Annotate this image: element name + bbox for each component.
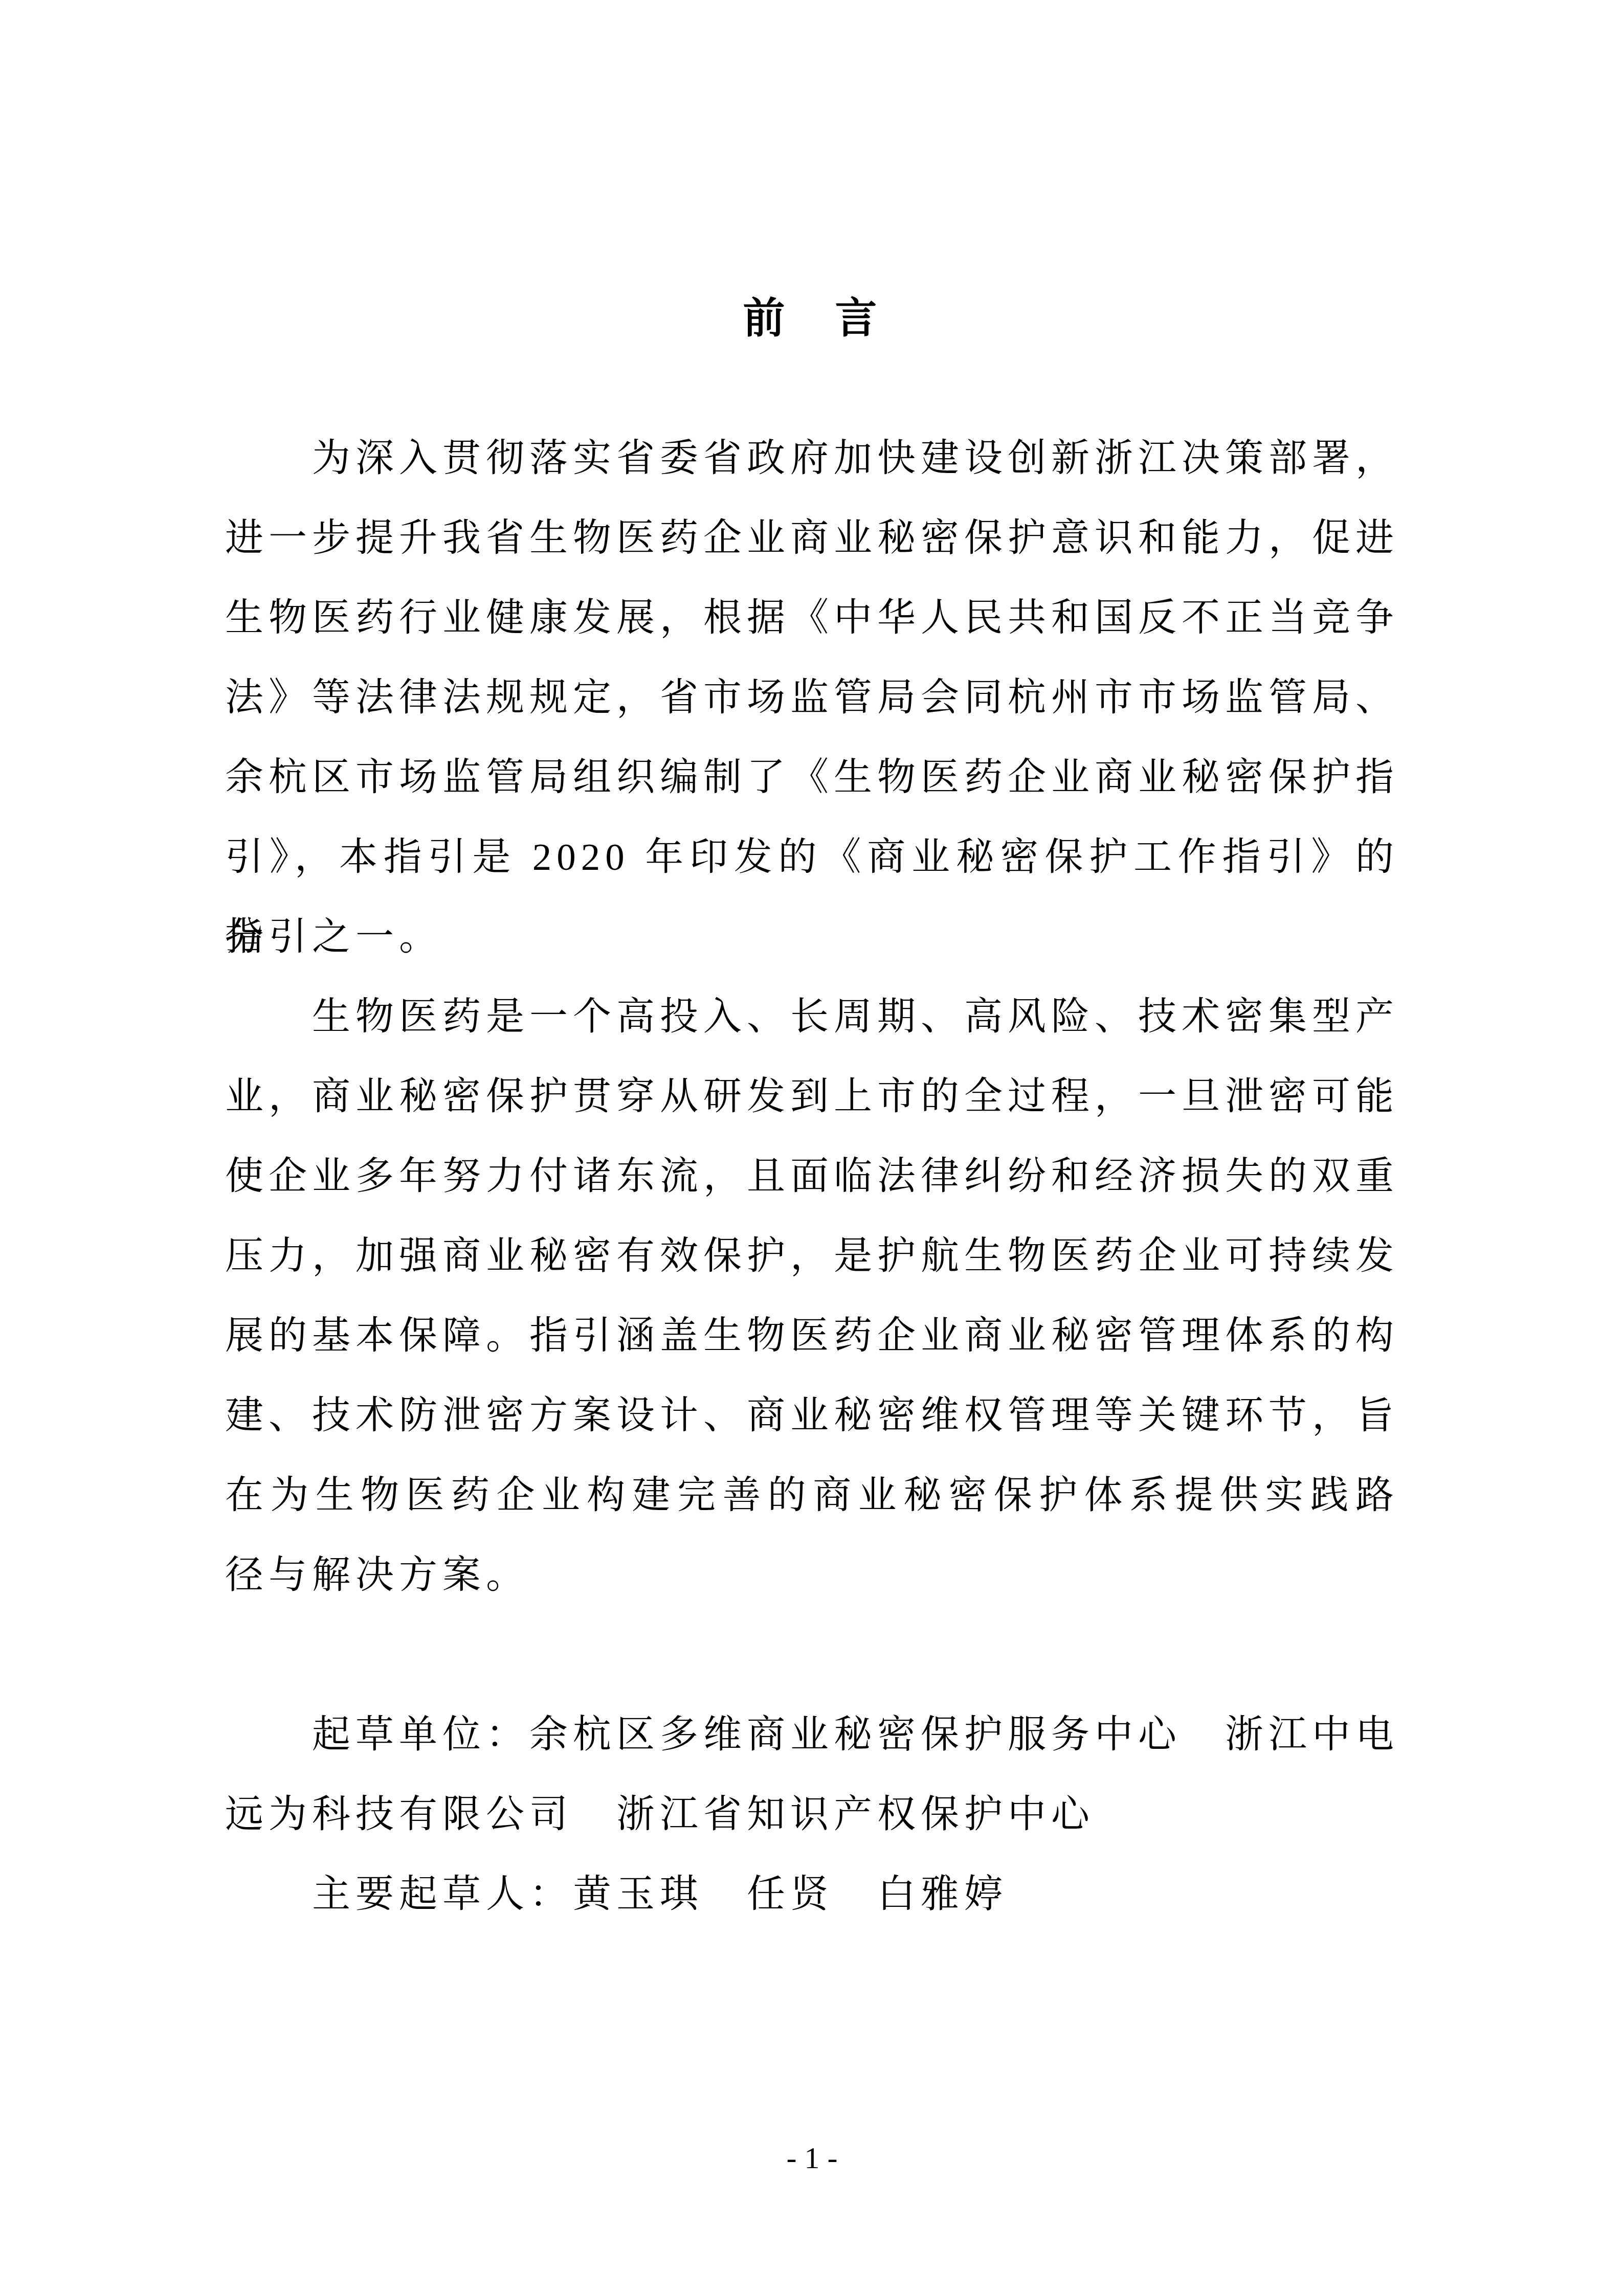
paragraph1-line: 引》，本指引是 2020 年印发的《商业秘密保护工作指引》的分 <box>225 818 1399 897</box>
paragraph1-line: 余杭区市场监管局组织编制了《生物医药企业商业秘密保护指 <box>225 738 1399 818</box>
paragraph1-line: 进一步提升我省生物医药企业商业秘密保护意识和能力，促进 <box>225 499 1399 578</box>
document-page: 前 言 为深入贯彻落实省委省政府加快建设创新浙江决策部署， 进一步提升我省生物医… <box>0 0 1624 2296</box>
document-body: 为深入贯彻落实省委省政府加快建设创新浙江决策部署， 进一步提升我省生物医药企业商… <box>225 419 1399 1934</box>
paragraph1-line: 生物医药行业健康发展，根据《中华人民共和国反不正当竞争 <box>225 578 1399 658</box>
page-title: 前 言 <box>0 276 1624 361</box>
page-number: - 1 - <box>0 2137 1624 2178</box>
main-drafters-line: 主要起草人：黄玉琪 任贤 白雅婷 <box>225 1855 1399 1934</box>
drafting-units-line: 起草单位：余杭区多维商业秘密保护服务中心 浙江中电 <box>225 1695 1399 1775</box>
paragraph2-line: 压力，加强商业秘密有效保护，是护航生物医药企业可持续发 <box>225 1217 1399 1296</box>
paragraph2-line: 径与解决方案。 <box>225 1536 1399 1615</box>
blank-line <box>225 1615 1399 1695</box>
paragraph2-line: 使企业多年努力付诸东流，且面临法律纠纷和经济损失的双重 <box>225 1137 1399 1217</box>
paragraph2-line: 生物医药是一个高投入、长周期、高风险、技术密集型产 <box>225 977 1399 1057</box>
paragraph2-line: 展的基本保障。指引涵盖生物医药企业商业秘密管理体系的构 <box>225 1296 1399 1376</box>
paragraph1-line: 为深入贯彻落实省委省政府加快建设创新浙江决策部署， <box>225 419 1399 499</box>
paragraph1-line: 法》等法律法规规定，省市场监管局会同杭州市市场监管局、 <box>225 658 1399 738</box>
paragraph2-line: 业，商业秘密保护贯穿从研发到上市的全过程，一旦泄密可能 <box>225 1057 1399 1137</box>
paragraph2-line: 在为生物医药企业构建完善的商业秘密保护体系提供实践路 <box>225 1456 1399 1536</box>
paragraph2-line: 建、技术防泄密方案设计、商业秘密维权管理等关键环节，旨 <box>225 1376 1399 1456</box>
paragraph1-line: 指引之一。 <box>225 897 1399 977</box>
drafting-units-line: 远为科技有限公司 浙江省知识产权保护中心 <box>225 1775 1399 1855</box>
